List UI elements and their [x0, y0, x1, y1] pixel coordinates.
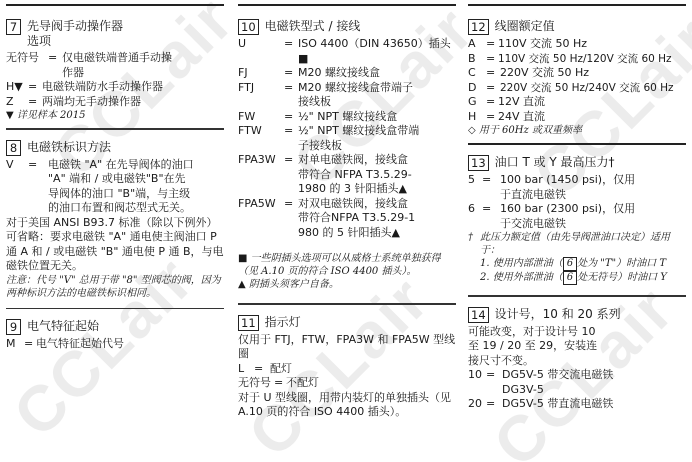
option-code: 6 — [468, 202, 482, 231]
option-row: U = ISO 4400（DIN 43650）插头■ — [238, 37, 456, 66]
option-code: V — [6, 158, 28, 216]
section-10-solenoid-type-wiring: 10 电磁铁型式 / 接线 U = ISO 4400（DIN 43650）插头■… — [238, 6, 456, 297]
section-7-manual-override: 7 先导阀手动操作器 选项 无符号 = 仅电磁铁端普通手动操作器 H▼ = 电磁… — [6, 6, 224, 128]
option-value: M20 螺纹接线盒 — [298, 66, 456, 81]
option-code: B — [468, 52, 486, 67]
equals: = — [486, 66, 500, 81]
footnote: ◇ 用于 60Hz 或双重频率 — [468, 124, 686, 137]
option-code: FJ — [238, 66, 284, 81]
option-row: 10 = DG5V-5 带交流电磁铁 DG3V-5 — [468, 368, 686, 397]
option-row: FPA3W = 对单电磁铁阀，接线盒带符合 NFPA T3.5.29-1980 … — [238, 153, 456, 197]
option-value: 对双电磁铁阀，接线盒带符合NFPA T3.5.29-1980 的 5 针阳插头▲ — [298, 197, 456, 241]
option-value: 110V 交流 50 Hz — [498, 37, 686, 52]
option-row: A = 110V 交流 50 Hz — [468, 37, 686, 52]
section-12-coil-rating: 12 线圈额定值 A = 110V 交流 50 Hz B = 110V 交流 5… — [468, 6, 686, 143]
section-14-design-number: 14 设计号，10 和 20 系列 可能改变，对于设计号 10 至 19 / 2… — [468, 297, 686, 418]
position-box: 6 — [563, 257, 577, 271]
section-title: 油口 T 或 Y 最高压力† — [495, 155, 615, 170]
footnote-triangle: ▲ 阴插头须客户自备。 — [238, 278, 456, 291]
equals: = — [482, 202, 500, 231]
option-code: M — [6, 337, 24, 352]
option-row: H = 24V 直流 — [468, 110, 686, 125]
section-heading: 13 油口 T 或 Y 最高压力† — [468, 155, 686, 171]
option-row: L = 配灯 — [238, 362, 456, 377]
column-3: 12 线圈额定值 A = 110V 交流 50 Hz B = 110V 交流 5… — [468, 0, 686, 418]
section-8-solenoid-identification: 8 电磁铁标识方法 V = 电磁铁 "A" 在先导阀体的油口 "A" 端和 / … — [6, 130, 224, 306]
option-code: 10 — [468, 368, 486, 397]
section-heading: 8 电磁铁标识方法 — [6, 140, 224, 156]
option-value: 不配灯 — [286, 376, 456, 391]
option-row: G = 12V 直流 — [468, 95, 686, 110]
option-value: 220V 交流 50 Hz — [500, 66, 686, 81]
footnote-text: 处为 "T"）时油口 T — [577, 258, 666, 269]
equals: = — [486, 95, 498, 110]
option-row: 无符号 = 仅电磁铁端普通手动操作器 — [6, 51, 224, 80]
option-code: L — [238, 362, 254, 377]
paragraph: 对于美国 ANSI B93.7 标准（除以下例外）可省略：要求电磁铁 "A" 通… — [6, 216, 224, 274]
option-row: Z = 两端均无手动操作器 — [6, 95, 224, 110]
option-value: 电磁铁 "A" 在先导阀体的油口 "A" 端和 / 或电磁铁"B"在先导阀体的油… — [48, 158, 224, 216]
option-row: 6 = 160 bar (2300 psi)，仅用于交流电磁铁 — [468, 202, 686, 231]
paragraph: 对于 U 型线圈，用带内装灯的单独插头（见 A.10 页的符合 ISO 4400… — [238, 391, 456, 420]
option-code: D — [468, 81, 486, 96]
equals: = — [284, 153, 298, 197]
section-title: 设计号，10 和 20 系列 — [495, 307, 621, 322]
option-code: 无符号 — [6, 51, 48, 80]
footnote: ▼ 详见样本 2015 — [6, 109, 224, 122]
equals: = — [482, 173, 500, 202]
equals: = — [284, 37, 298, 66]
footnote: 注意：代号 "V" 总用于带 "8" 型阀芯的阀，因为两种标识方法的电磁铁标识相… — [6, 274, 224, 300]
option-code: FTJ — [238, 81, 284, 110]
option-code: U — [238, 37, 284, 66]
section-13-max-pressure: 13 油口 T 或 Y 最高压力† 5 = 100 bar (1450 psi)… — [468, 145, 686, 291]
option-code: Z — [6, 95, 28, 110]
section-9-electrical-start: 9 电气特征起始 M = 电气特征起始代号 — [6, 309, 224, 358]
option-value: DG5V-5 带交流电磁铁 DG3V-5 — [502, 368, 686, 397]
section-heading: 12 线圈额定值 — [468, 19, 686, 35]
section-number: 7 — [6, 19, 21, 35]
paragraph: 仅用于 FTJ，FTW，FPA3W 和 FPA5W 型线圈 — [238, 333, 456, 362]
position-box: 6 — [563, 271, 577, 285]
section-number: 10 — [238, 19, 259, 35]
equals: = — [254, 362, 270, 377]
equals: = — [486, 397, 502, 412]
option-code: C — [468, 66, 486, 81]
option-row: B = 110V 交流 50 Hz/120V 交流 60 Hz — [468, 52, 686, 67]
option-code: FPA3W — [238, 153, 284, 197]
dagger-mark: † — [468, 231, 480, 285]
section-title: 电气特征起始 — [27, 319, 99, 334]
option-code: 20 — [468, 397, 486, 412]
footnote-item-1: 1. 使用内部泄油（6处为 "T"）时油口 T — [480, 257, 686, 271]
option-value: M20 螺纹接线盒带端子接线板 — [298, 81, 456, 110]
equals: = — [24, 337, 36, 352]
equals: = — [274, 376, 286, 391]
option-row: V = 电磁铁 "A" 在先导阀体的油口 "A" 端和 / 或电磁铁"B"在先导… — [6, 158, 224, 216]
option-value: 两端均无手动操作器 — [42, 95, 224, 110]
equals: = — [486, 368, 502, 397]
footnote-intro: 此压力额定值（由先导阀泄油口决定）适用于： — [480, 231, 686, 257]
section-number: 11 — [238, 315, 259, 331]
option-row: FJ = M20 螺纹接线盒 — [238, 66, 456, 81]
footnote-text: 1. 使用内部泄油（ — [480, 258, 563, 269]
section-title: 指示灯 — [265, 315, 301, 330]
option-value: 对单电磁铁阀，接线盒带符合 NFPA T3.5.29-1980 的 3 针阳插头… — [298, 153, 456, 197]
option-value: 配灯 — [270, 362, 456, 377]
section-title: 先导阀手动操作器 选项 — [27, 19, 123, 49]
section-heading: 9 电气特征起始 — [6, 319, 224, 335]
option-code: H — [468, 110, 486, 125]
option-value: 100 bar (1450 psi)，仅用于直流电磁铁 — [500, 173, 686, 202]
option-row: FTJ = M20 螺纹接线盒带端子接线板 — [238, 81, 456, 110]
option-value: ½" NPT 螺纹接线盒带端子接线板 — [298, 124, 456, 153]
section-title: 电磁铁型式 / 接线 — [265, 19, 361, 34]
section-number: 8 — [6, 140, 21, 156]
option-code: 无符号 — [238, 376, 274, 391]
footnote-item-2: 2. 使用外部泄油（6处无符号）时油口 Y — [480, 271, 686, 285]
option-code: FTW — [238, 124, 284, 153]
paragraph: 可能改变，对于设计号 10 至 19 / 20 至 29，安装连接尺寸不变。 — [468, 325, 686, 369]
equals: = — [486, 81, 500, 96]
option-value: 220V 交流 50 Hz/240V 交流 60 Hz — [500, 81, 686, 96]
footnote-text: 2. 使用外部泄油（ — [480, 272, 563, 283]
option-row: D = 220V 交流 50 Hz/240V 交流 60 Hz — [468, 81, 686, 96]
option-value: ISO 4400（DIN 43650）插头■ — [298, 37, 456, 66]
option-row: M = 电气特征起始代号 — [6, 337, 224, 352]
option-value: DG5V-5 带直流电磁铁 — [502, 397, 686, 412]
equals: = — [284, 110, 298, 125]
equals: = — [284, 124, 298, 153]
section-number: 13 — [468, 155, 489, 171]
option-row: FPA5W = 对双电磁铁阀，接线盒带符合NFPA T3.5.29-1980 的… — [238, 197, 456, 241]
equals: = — [486, 110, 498, 125]
option-value: ½" NPT 螺纹接线盒 — [298, 110, 456, 125]
column-1: 7 先导阀手动操作器 选项 无符号 = 仅电磁铁端普通手动操作器 H▼ = 电磁… — [6, 0, 224, 358]
footnote-square: ■ 一些阴插头选项可以从威格士系统单独获得（见 A.10 页的符合 ISO 44… — [238, 252, 456, 278]
equals: = — [486, 52, 498, 67]
option-code: H▼ — [6, 80, 28, 95]
option-code: A — [468, 37, 486, 52]
equals: = — [284, 66, 298, 81]
option-code: FPA5W — [238, 197, 284, 241]
column-2: 10 电磁铁型式 / 接线 U = ISO 4400（DIN 43650）插头■… — [238, 0, 456, 426]
section-number: 14 — [468, 307, 489, 323]
equals: = — [284, 197, 298, 241]
section-heading: 14 设计号，10 和 20 系列 — [468, 307, 686, 323]
equals: = — [28, 80, 42, 95]
equals: = — [284, 81, 298, 110]
option-code: FW — [238, 110, 284, 125]
option-row: 无符号 = 不配灯 — [238, 376, 456, 391]
equals: = — [28, 95, 42, 110]
option-value: 12V 直流 — [498, 95, 686, 110]
section-11-indicator-light: 11 指示灯 仅用于 FTJ，FTW，FPA3W 和 FPA5W 型线圈 L =… — [238, 305, 456, 426]
option-code: 5 — [468, 173, 482, 202]
option-row: H▼ = 电磁铁端防水手动操作器 — [6, 80, 224, 95]
option-value: 电气特征起始代号 — [36, 337, 224, 352]
footnote: † 此压力额定值（由先导阀泄油口决定）适用于： 1. 使用内部泄油（6处为 "T… — [468, 231, 686, 285]
option-row: 5 = 100 bar (1450 psi)，仅用于直流电磁铁 — [468, 173, 686, 202]
section-heading: 11 指示灯 — [238, 315, 456, 331]
option-value: 24V 直流 — [498, 110, 686, 125]
footnote-text: 处无符号）时油口 Y — [577, 272, 667, 283]
option-value: 160 bar (2300 psi)，仅用于交流电磁铁 — [500, 202, 686, 231]
option-value: 电磁铁端防水手动操作器 — [42, 80, 224, 95]
option-row: 20 = DG5V-5 带直流电磁铁 — [468, 397, 686, 412]
equals: = — [28, 158, 48, 216]
equals: = — [486, 37, 498, 52]
option-code: G — [468, 95, 486, 110]
section-heading: 7 先导阀手动操作器 选项 — [6, 19, 224, 49]
section-title: 线圈额定值 — [495, 19, 555, 34]
section-heading: 10 电磁铁型式 / 接线 — [238, 19, 456, 35]
option-value: 仅电磁铁端普通手动操作器 — [62, 51, 224, 80]
option-row: FTW = ½" NPT 螺纹接线盒带端子接线板 — [238, 124, 456, 153]
equals: = — [48, 51, 62, 80]
option-value: 110V 交流 50 Hz/120V 交流 60 Hz — [498, 52, 686, 67]
section-title: 电磁铁标识方法 — [27, 140, 111, 155]
section-number: 9 — [6, 319, 21, 335]
section-number: 12 — [468, 19, 489, 35]
option-row: FW = ½" NPT 螺纹接线盒 — [238, 110, 456, 125]
option-row: C = 220V 交流 50 Hz — [468, 66, 686, 81]
